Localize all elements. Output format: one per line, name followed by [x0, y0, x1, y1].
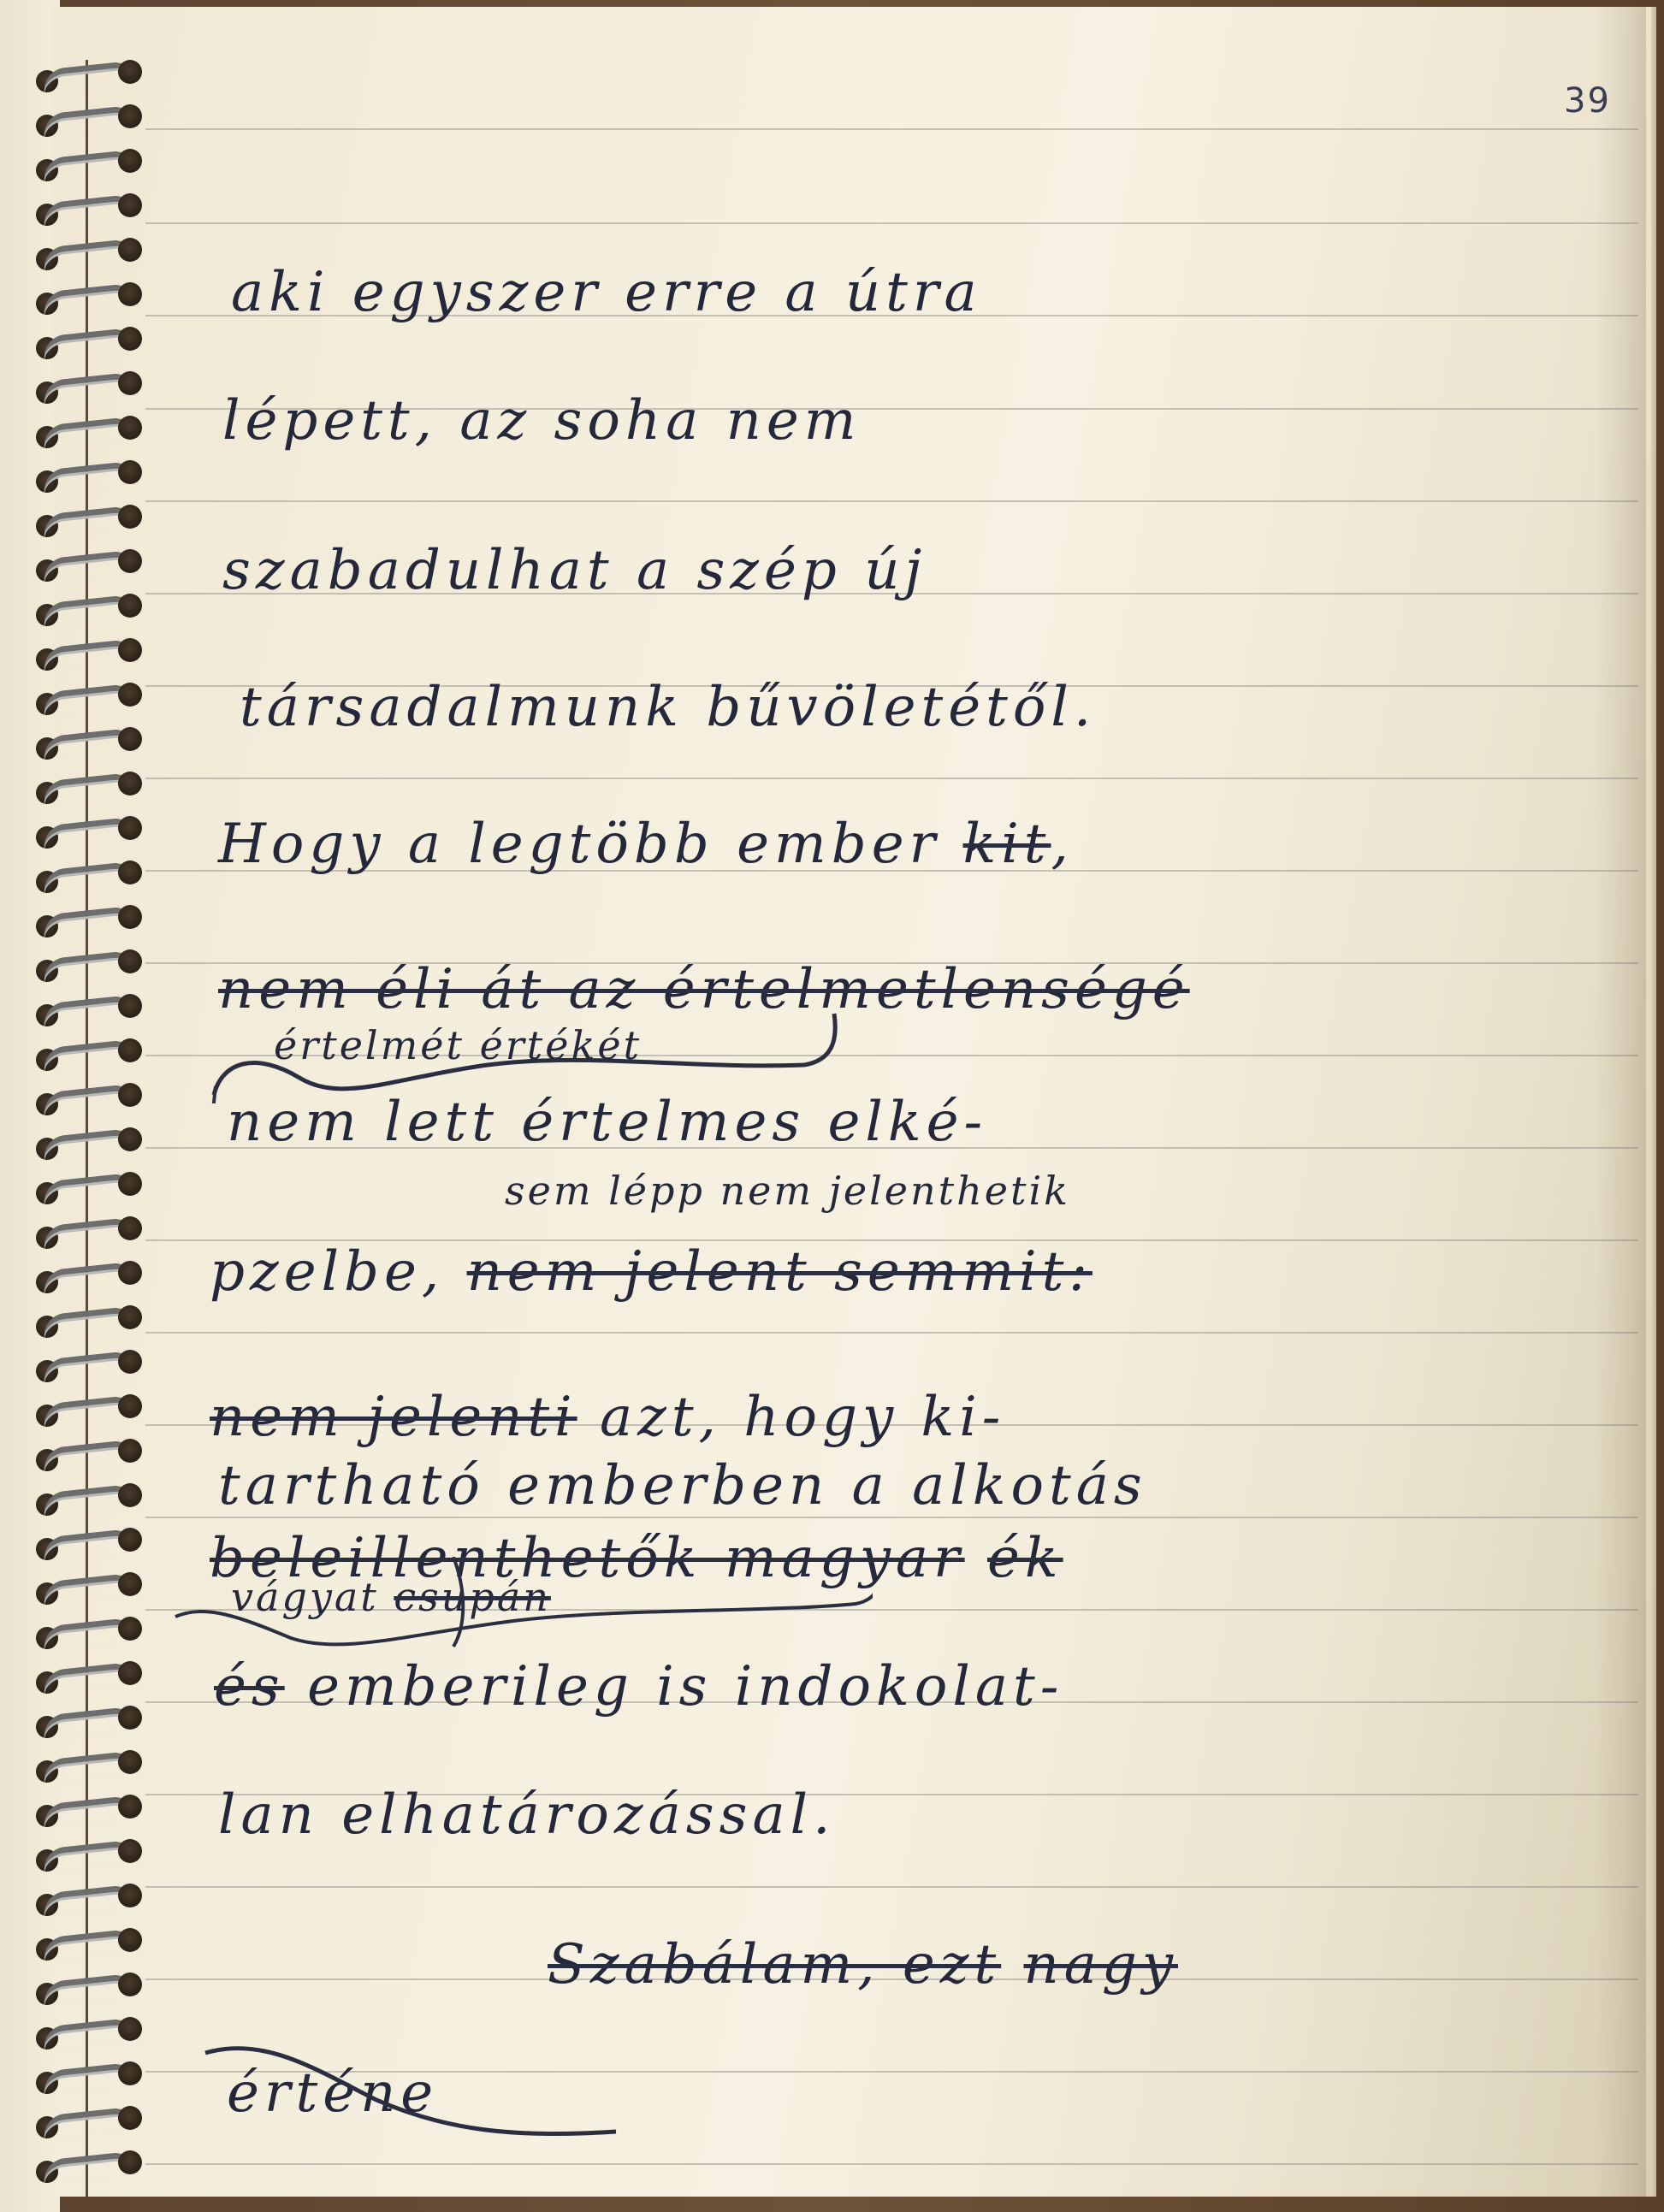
spiral-coil: [26, 1572, 154, 1606]
binding-hole: [118, 638, 142, 662]
binding-hole: [118, 460, 142, 484]
binding-hole: [118, 1572, 142, 1596]
binding-hole: [118, 416, 142, 440]
text-line-10: tartható emberben a alkotás: [218, 1454, 1147, 1517]
line-14-tail: nagy: [1024, 1933, 1179, 1996]
binding-hole: [118, 1528, 142, 1552]
spiral-coil: [26, 238, 154, 272]
spiral-coil: [26, 193, 154, 228]
binding-hole: [118, 1706, 142, 1730]
binding-hole: [118, 1884, 142, 1907]
binding-hole: [118, 2017, 142, 2041]
binding-hole: [118, 1350, 142, 1374]
binding-hole: [118, 1127, 142, 1151]
spiral-coil: [26, 861, 154, 895]
binding-hole: [118, 949, 142, 973]
binding-hole: [118, 327, 142, 351]
line-8-main: pzelbe,: [210, 1240, 444, 1304]
binding-hole: [118, 2061, 142, 2085]
spiral-coil: [26, 1083, 154, 1117]
spiral-coil: [26, 1884, 154, 1918]
spiral-coil: [26, 683, 154, 717]
spiral-coil: [26, 1172, 154, 1206]
rule-line: [145, 2163, 1638, 2165]
binding-hole: [118, 238, 142, 262]
text-line-7: nem lett értelmes elké-: [227, 1091, 987, 1154]
text-line-12: és emberileg is indokolat-: [214, 1655, 1063, 1718]
binding-hole: [118, 1839, 142, 1863]
text-line-3: szabadulhat a szép új: [222, 539, 927, 602]
binding-hole: [118, 282, 142, 306]
text-line-1: aki egyszer erre a útra: [231, 261, 982, 324]
spiral-coil: [26, 949, 154, 984]
spiral-coil: [26, 1483, 154, 1517]
spiral-coil: [26, 1350, 154, 1384]
spiral-coil: [26, 1038, 154, 1073]
line-5-comma: ,: [1051, 813, 1073, 876]
spiral-coil: [26, 1661, 154, 1695]
binding-hole: [118, 1617, 142, 1641]
spiral-coil: [26, 2061, 154, 2096]
spiral-coil: [26, 816, 154, 850]
spiral-coil: [26, 1528, 154, 1562]
spiral-coil: [26, 1795, 154, 1829]
binding-hole: [118, 1661, 142, 1685]
binding-hole: [118, 727, 142, 751]
spiral-coil: [26, 371, 154, 405]
line-5-deletion: kit: [963, 813, 1051, 876]
deletion-swoosh: [188, 2019, 702, 2147]
binding-hole: [118, 1795, 142, 1819]
spiral-coil: [26, 505, 154, 539]
line-11-deletion-tail: ék: [987, 1527, 1063, 1590]
binding-hole: [118, 1972, 142, 1996]
binding-hole: [118, 1928, 142, 1952]
rule-line: [145, 222, 1638, 224]
text-line-2: lépett, az soha nem: [222, 389, 861, 452]
spiral-coil: [26, 994, 154, 1028]
spiral-coil: [26, 282, 154, 316]
binding-hole: [118, 1172, 142, 1196]
text-line-8: pzelbe, nem jelent semmit:: [210, 1240, 1093, 1304]
binding-hole: [118, 905, 142, 929]
line-12-deletion: és: [214, 1655, 285, 1718]
spiral-coil: [26, 1261, 154, 1295]
binding-hole: [118, 1750, 142, 1774]
insertion-bracket-2: [171, 1557, 873, 1659]
binding-hole: [118, 816, 142, 840]
binding-hole: [118, 1305, 142, 1329]
spiral-binding: [0, 0, 171, 2212]
spiral-coil: [26, 1706, 154, 1740]
line-12-main: emberileg is indokolat-: [307, 1655, 1063, 1718]
binding-hole: [118, 683, 142, 707]
binding-hole: [118, 505, 142, 529]
spiral-coil: [26, 60, 154, 94]
page-edge-shadow: [1595, 7, 1646, 2197]
spiral-coil: [26, 549, 154, 583]
binding-hole: [118, 1483, 142, 1507]
spiral-coil: [26, 1216, 154, 1251]
spiral-coil: [26, 149, 154, 183]
binding-hole: [118, 994, 142, 1018]
line-8-deletion: nem jelent semmit:: [467, 1240, 1093, 1304]
spiral-coil: [26, 2150, 154, 2185]
spiral-coil: [26, 2017, 154, 2051]
spiral-coil: [26, 1972, 154, 2007]
binding-hole: [118, 149, 142, 173]
spiral-coil: [26, 327, 154, 361]
page-number: 39: [1564, 81, 1611, 121]
spiral-coil: [26, 416, 154, 450]
spiral-coil: [26, 460, 154, 494]
binding-hole: [118, 1038, 142, 1062]
binding-hole: [118, 772, 142, 795]
binding-hole: [118, 861, 142, 884]
binding-hole: [118, 193, 142, 217]
text-line-5: Hogy a legtöbb ember kit,: [218, 813, 1074, 876]
line-9-main: azt, hogy ki-: [600, 1386, 1005, 1449]
spiral-coil: [26, 1305, 154, 1340]
rule-line: [145, 1886, 1638, 1888]
binding-hole: [118, 1394, 142, 1418]
spiral-coil: [26, 594, 154, 628]
spiral-coil: [26, 1750, 154, 1784]
spiral-coil: [26, 727, 154, 761]
spiral-coil: [26, 638, 154, 672]
spiral-coil: [26, 905, 154, 939]
binding-hole: [118, 1083, 142, 1107]
spiral-coil: [26, 1928, 154, 1962]
binding-hole: [118, 2150, 142, 2174]
rule-line: [145, 128, 1638, 130]
binding-hole: [118, 1216, 142, 1240]
spiral-coil: [26, 1839, 154, 1873]
text-line-9: nem jelenti azt, hogy ki-: [210, 1386, 1005, 1449]
binding-hole: [118, 594, 142, 618]
spiral-coil: [26, 1617, 154, 1651]
binding-hole: [118, 371, 142, 395]
binding-hole: [118, 549, 142, 573]
binding-hole: [118, 1439, 142, 1463]
spiral-coil: [26, 104, 154, 139]
rule-line: [145, 1332, 1638, 1334]
spiral-coil: [26, 1439, 154, 1473]
rule-line: [145, 500, 1638, 502]
binding-hole: [118, 104, 142, 128]
binding-hole: [118, 1261, 142, 1285]
spiral-coil: [26, 772, 154, 806]
insertion-bracket: [205, 1009, 856, 1103]
spiral-coil: [26, 1394, 154, 1428]
line-14-deletion: Szabálam, ezt: [548, 1933, 1001, 1996]
line-9-deletion: nem jelenti: [210, 1386, 577, 1449]
binding-hole: [118, 2106, 142, 2130]
spiral-coil: [26, 2106, 154, 2140]
binding-hole: [118, 60, 142, 84]
line-5-main: Hogy a legtöbb ember: [218, 813, 940, 876]
text-line-14: Szabálam, ezt nagy: [548, 1933, 1178, 1996]
text-line-13: lan elhatározással.: [218, 1783, 835, 1847]
text-line-7-insertion: sem lépp nem jelenthetik: [505, 1168, 1070, 1214]
spiral-coil: [26, 1127, 154, 1162]
rule-line: [145, 778, 1638, 779]
text-line-4: társadalmunk bűvöletétől.: [240, 676, 1096, 739]
